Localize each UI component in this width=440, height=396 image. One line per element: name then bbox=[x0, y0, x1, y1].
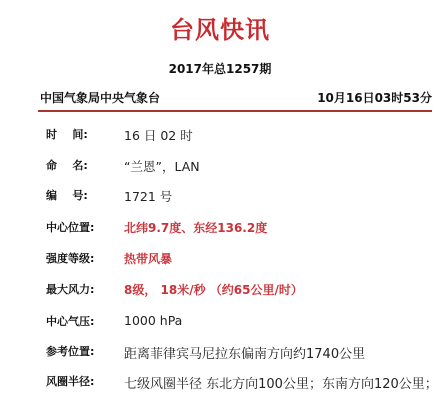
field-name: 命 名: “兰恩”，LAN bbox=[0, 157, 440, 177]
field-pressure: 中心气压: 1000 hPa bbox=[0, 313, 440, 333]
field-center-position: 中心位置: 北纬9.7度、东经136.2度 bbox=[0, 219, 440, 239]
field-time: 时 间: 16 日 02 时 bbox=[0, 126, 440, 146]
field-label: 中心气压: bbox=[46, 313, 94, 329]
field-label: 时 间: bbox=[46, 126, 88, 142]
field-wind-radius: 风圈半径: 七级风圈半径 东北方向100公里；东南方向120公里； bbox=[0, 373, 440, 393]
field-value: 8级， 18米/秒 （约65公里/时） bbox=[124, 281, 303, 298]
field-value: 1000 hPa bbox=[124, 313, 182, 328]
field-label: 强度等级: bbox=[46, 250, 94, 266]
field-label: 风圈半径: bbox=[46, 373, 94, 389]
field-label: 中心位置: bbox=[46, 219, 94, 235]
issued-time: 10月16日03时53分 bbox=[317, 89, 432, 106]
field-label: 编 号: bbox=[46, 187, 88, 203]
field-value: 北纬9.7度、东经136.2度 bbox=[124, 219, 267, 236]
field-label: 最大风力: bbox=[46, 281, 94, 297]
issuer: 中国气象局中央气象台 bbox=[40, 89, 160, 106]
header-divider bbox=[38, 110, 432, 112]
field-value: 16 日 02 时 bbox=[124, 126, 193, 144]
field-value: 七级风圈半径 东北方向100公里；东南方向120公里； bbox=[124, 373, 438, 392]
field-value: 1721 号 bbox=[124, 187, 172, 205]
field-max-wind: 最大风力: 8级， 18米/秒 （约65公里/时） bbox=[0, 281, 440, 301]
field-number: 编 号: 1721 号 bbox=[0, 187, 440, 207]
bulletin-title: 台风快讯 bbox=[0, 10, 440, 45]
field-label: 命 名: bbox=[46, 157, 88, 173]
issue-number: 2017年总1257期 bbox=[0, 60, 440, 77]
field-intensity: 强度等级: 热带风暴 bbox=[0, 250, 440, 270]
field-reference-position: 参考位置: 距离菲律宾马尼拉东偏南方向约1740公里 bbox=[0, 343, 440, 363]
field-value: “兰恩”，LAN bbox=[124, 157, 200, 175]
field-value: 距离菲律宾马尼拉东偏南方向约1740公里 bbox=[124, 343, 365, 362]
field-value: 热带风暴 bbox=[124, 250, 172, 267]
field-label: 参考位置: bbox=[46, 343, 94, 359]
